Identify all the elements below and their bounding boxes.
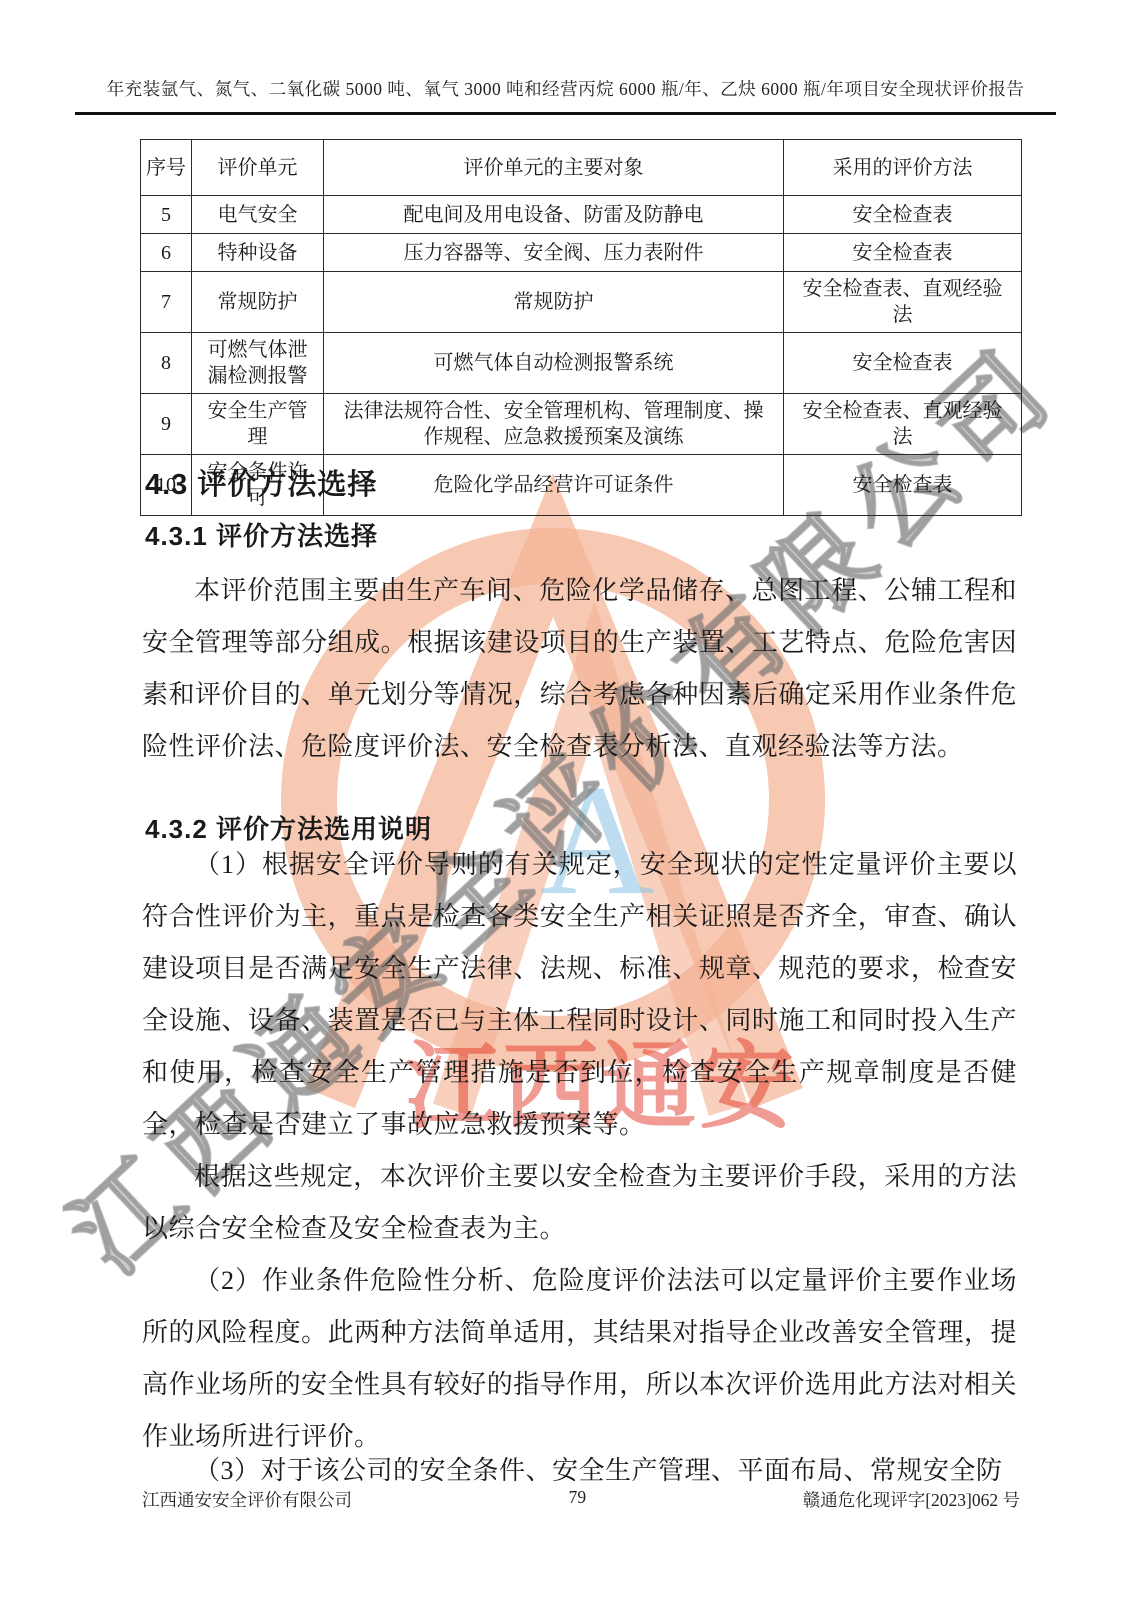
table-cell: 安全检查表、直观经验法 <box>784 272 1022 333</box>
table-cell: 安全检查表 <box>784 196 1022 234</box>
section-heading-4-3-1: 4.3.1 评价方法选择 <box>145 522 378 551</box>
table-row: 7 常规防护 常规防护 安全检查表、直观经验法 <box>141 272 1022 333</box>
footer-company: 江西通安安全评价有限公司 <box>142 1487 352 1512</box>
paragraph-method-1: （1）根据安全评价导则的有关规定，安全现状的定性定量评价主要以符合性评价为主，重… <box>142 839 1017 1151</box>
table-cell: 6 <box>141 234 192 272</box>
section-heading-4-3: 4.3 评价方法选择 <box>145 470 377 502</box>
header-rule <box>75 112 1056 115</box>
table-cell: 特种设备 <box>192 234 324 272</box>
table-cell: 9 <box>141 394 192 455</box>
table-cell: 安全检查表、直观经验法 <box>784 394 1022 455</box>
footer-doc-number: 赣通危化现评字[2023]062 号 <box>803 1487 1020 1512</box>
table-header-cell: 评价单元的主要对象 <box>324 140 784 196</box>
table-cell: 危险化学品经营许可证条件 <box>324 455 784 516</box>
paragraph-method-2: （2）作业条件危险性分析、危险度评价法法可以定量评价主要作业场所的风险程度。此两… <box>142 1255 1017 1463</box>
table-cell: 常规防护 <box>324 272 784 333</box>
table-cell: 压力容器等、安全阀、压力表附件 <box>324 234 784 272</box>
table-cell: 配电间及用电设备、防雷及防静电 <box>324 196 784 234</box>
document-page: 年充装氩气、氮气、二氧化碳 5000 吨、氧气 3000 吨和经营丙烷 6000… <box>0 0 1131 1600</box>
table-cell: 法律法规符合性、安全管理机构、管理制度、操作规程、应急救援预案及演练 <box>324 394 784 455</box>
paragraph-method-basis: 根据这些规定，本次评价主要以安全检查为主要评价手段，采用的方法以综合安全检查及安… <box>142 1151 1017 1255</box>
table-cell: 安全生产管理 <box>192 394 324 455</box>
table-cell: 常规防护 <box>192 272 324 333</box>
page-footer: 江西通安安全评价有限公司 79 赣通危化现评字[2023]062 号 <box>142 1487 1020 1512</box>
footer-page-number: 79 <box>569 1487 587 1508</box>
table-header-row: 序号 评价单元 评价单元的主要对象 采用的评价方法 <box>141 140 1022 196</box>
table-row: 8 可燃气体泄漏检测报警 可燃气体自动检测报警系统 安全检查表 <box>141 333 1022 394</box>
table-cell: 电气安全 <box>192 196 324 234</box>
table-header-cell: 采用的评价方法 <box>784 140 1022 196</box>
table-header-cell: 评价单元 <box>192 140 324 196</box>
evaluation-units-table: 序号 评价单元 评价单元的主要对象 采用的评价方法 5 电气安全 配电间及用电设… <box>140 139 1022 516</box>
table-cell: 7 <box>141 272 192 333</box>
table-cell: 可燃气体泄漏检测报警 <box>192 333 324 394</box>
table-row: 9 安全生产管理 法律法规符合性、安全管理机构、管理制度、操作规程、应急救援预案… <box>141 394 1022 455</box>
table-row: 5 电气安全 配电间及用电设备、防雷及防静电 安全检查表 <box>141 196 1022 234</box>
table-cell: 安全检查表 <box>784 234 1022 272</box>
table-cell: 安全检查表 <box>784 333 1022 394</box>
table-row: 6 特种设备 压力容器等、安全阀、压力表附件 安全检查表 <box>141 234 1022 272</box>
table-header-cell: 序号 <box>141 140 192 196</box>
table-cell: 安全检查表 <box>784 455 1022 516</box>
table-cell: 5 <box>141 196 192 234</box>
table-cell: 可燃气体自动检测报警系统 <box>324 333 784 394</box>
table-cell: 8 <box>141 333 192 394</box>
report-header-title: 年充装氩气、氮气、二氧化碳 5000 吨、氧气 3000 吨和经营丙烷 6000… <box>75 76 1056 101</box>
paragraph-scope: 本评价范围主要由生产车间、危险化学品储存、总图工程、公辅工程和安全管理等部分组成… <box>142 565 1017 773</box>
